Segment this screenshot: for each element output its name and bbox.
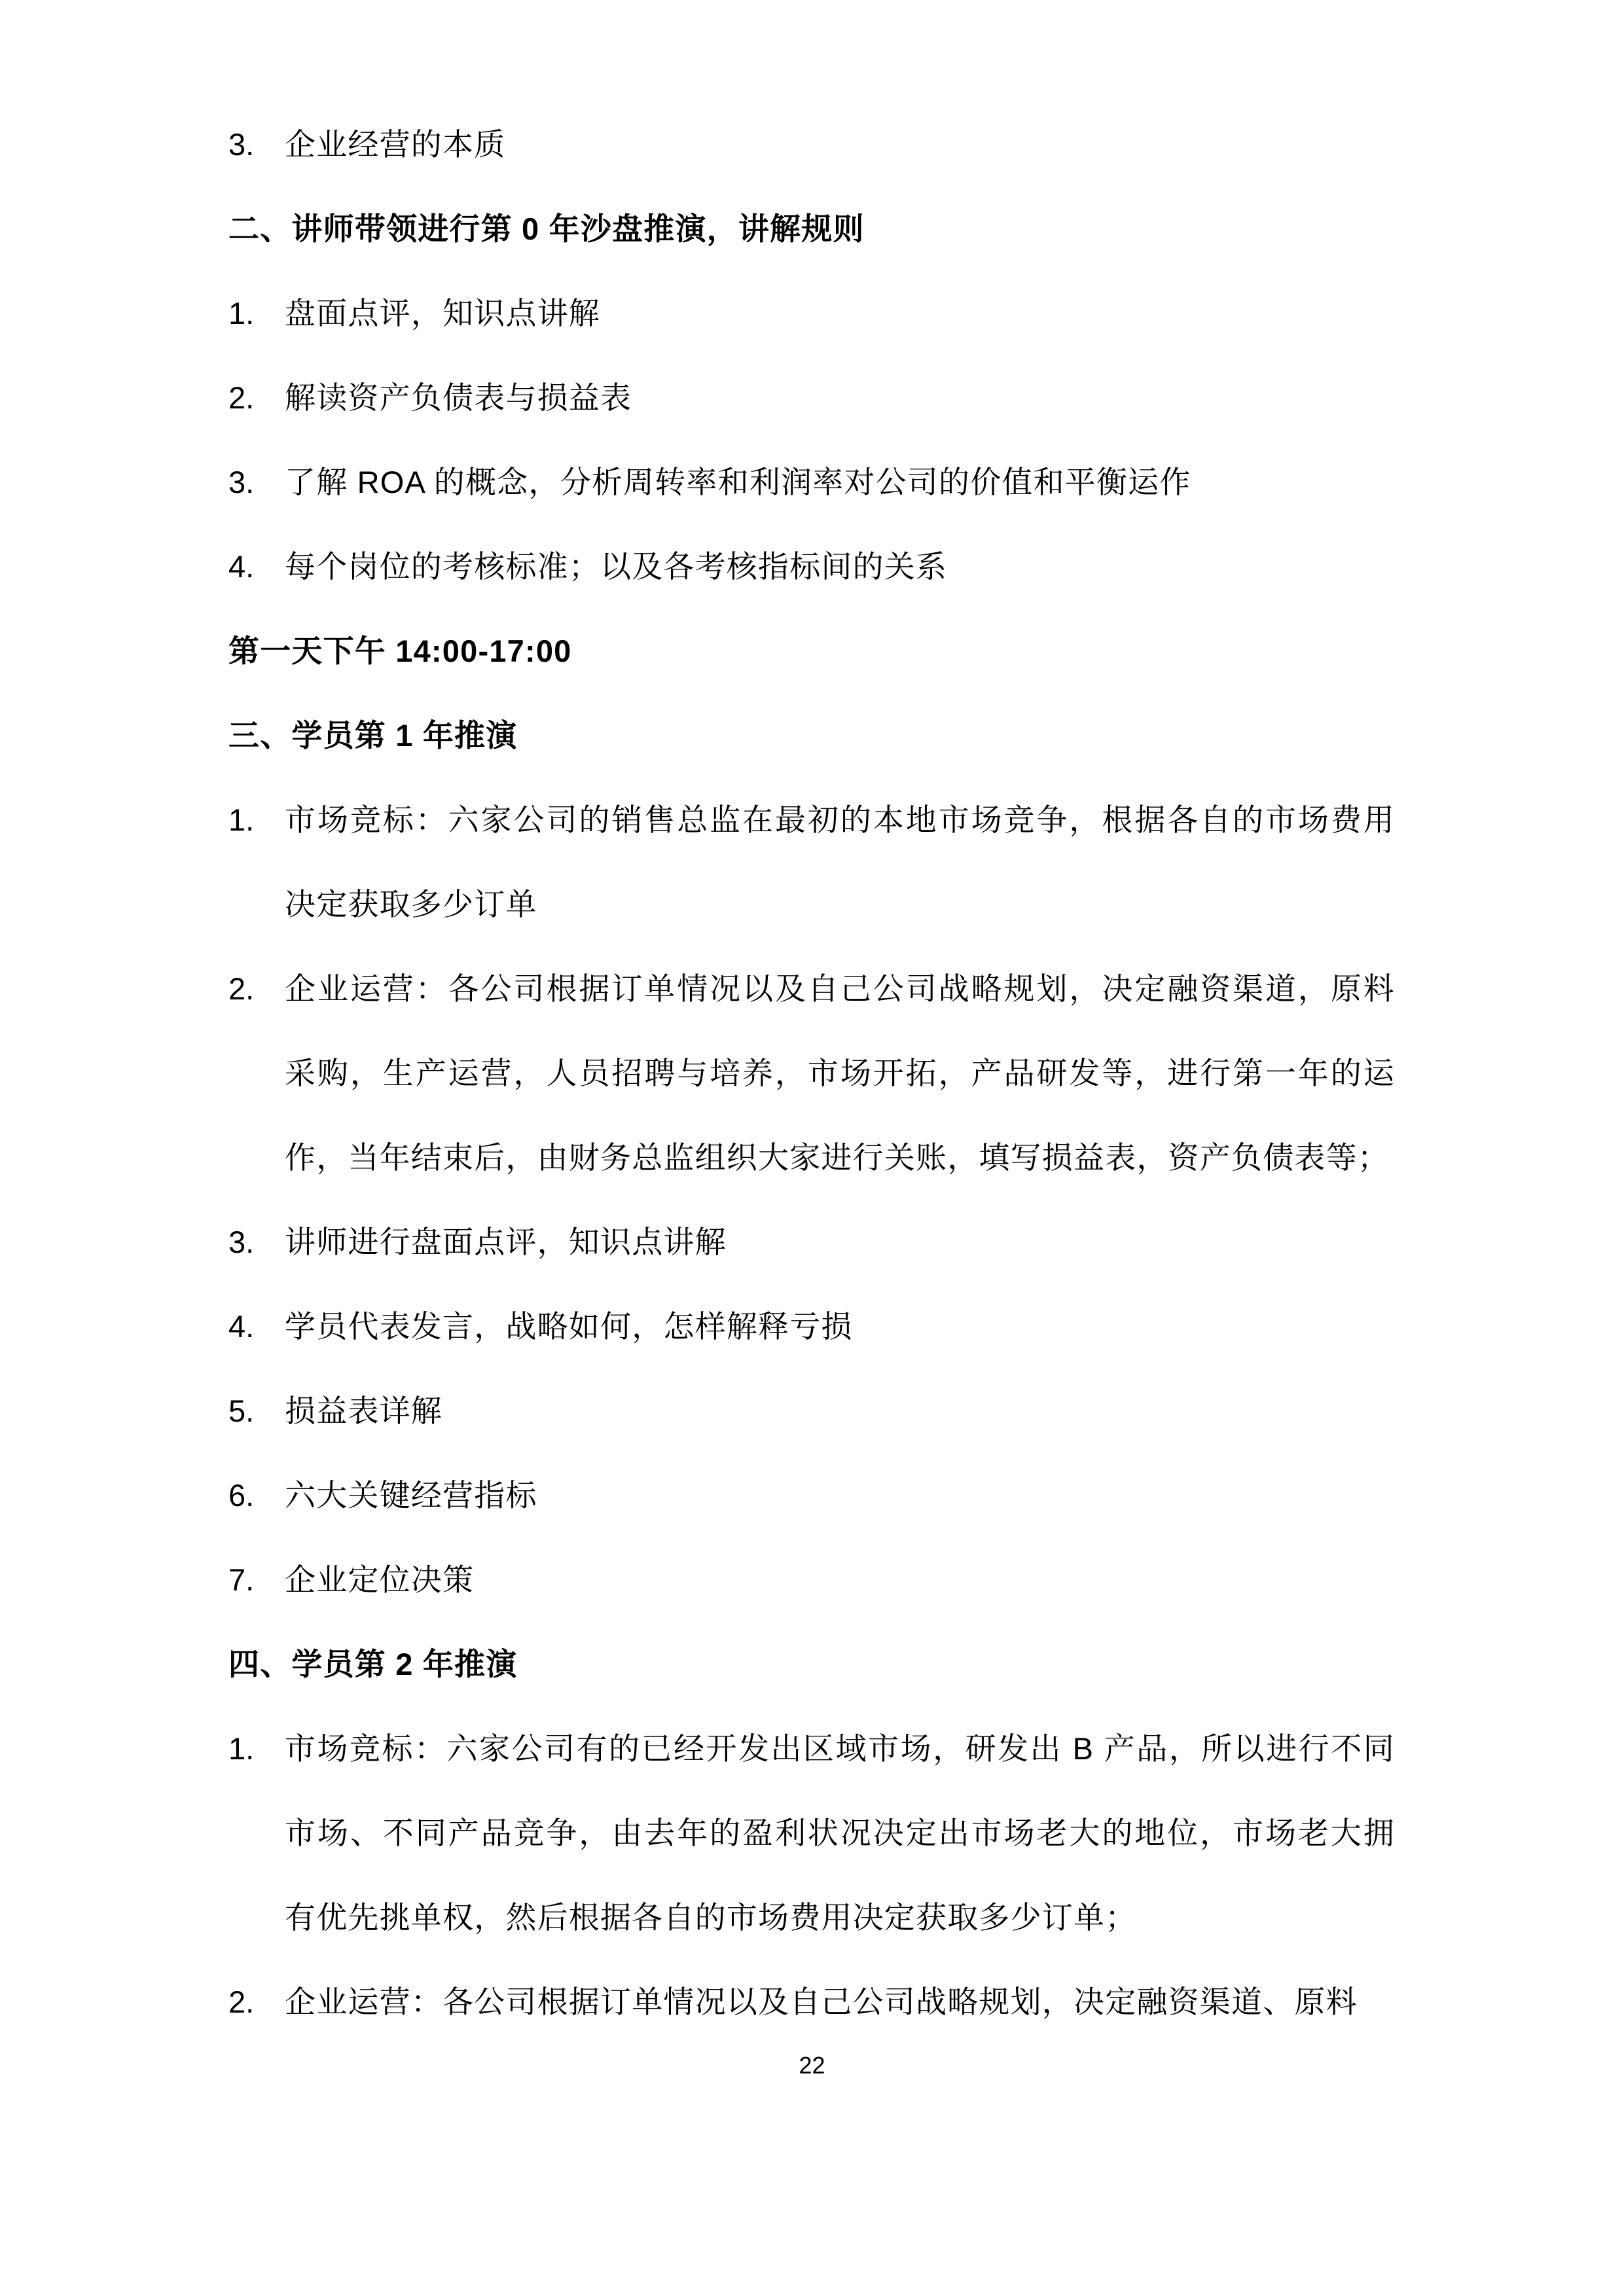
section-heading: 二、讲师带领进行第 0 年沙盘推演，讲解规则 [228, 187, 1395, 271]
list-item-text-line: 企业经营的本质 [285, 102, 1395, 187]
section-heading: 三、学员第 1 年推演 [228, 693, 1395, 778]
list-item: 2.企业运营：各公司根据订单情况以及自己公司战略规划，决定融资渠道，原料采购，生… [228, 946, 1395, 1200]
list-item-text-line: 损益表详解 [285, 1369, 1395, 1453]
list-item-number: 2. [228, 1960, 254, 2044]
time-heading: 第一天下午 14:00-17:00 [228, 609, 1395, 693]
list-item-text-line: 决定获取多少订单 [285, 862, 1395, 946]
list-item: 4.学员代表发言，战略如何，怎样解释亏损 [228, 1284, 1395, 1369]
list-item: 4.每个岗位的考核标准；以及各考核指标间的关系 [228, 524, 1395, 609]
page-number: 22 [0, 2053, 1624, 2079]
list-item-number: 4. [228, 1284, 254, 1369]
list-item-text-line: 讲师进行盘面点评，知识点讲解 [285, 1200, 1395, 1284]
list-item-text-line: 每个岗位的考核标准；以及各考核指标间的关系 [285, 524, 1395, 609]
list-item: 1.市场竞标：六家公司有的已经开发出区域市场，研发出 B 产品，所以进行不同市场… [228, 1706, 1395, 1960]
list-item-number: 1. [228, 1706, 254, 1791]
list-item-number: 3. [228, 440, 254, 524]
list-item: 2.企业运营：各公司根据订单情况以及自己公司战略规划，决定融资渠道、原料 [228, 1960, 1395, 2044]
list-item: 2.解读资产负债表与损益表 [228, 355, 1395, 440]
list-item-text-line: 企业运营：各公司根据订单情况以及自己公司战略规划，决定融资渠道、原料 [285, 1960, 1395, 2044]
list-item: 5.损益表详解 [228, 1369, 1395, 1453]
list-item-number: 5. [228, 1369, 254, 1453]
list-item-text-line: 市场竞标：六家公司有的已经开发出区域市场，研发出 B 产品，所以进行不同 [285, 1706, 1395, 1791]
list-item-text-line: 盘面点评，知识点讲解 [285, 271, 1395, 355]
list-item: 3.企业经营的本质 [228, 102, 1395, 187]
list-item-text-line: 学员代表发言，战略如何，怎样解释亏损 [285, 1284, 1395, 1369]
list-item-number: 3. [228, 102, 254, 187]
list-item-number: 4. [228, 524, 254, 609]
list-item: 1.盘面点评，知识点讲解 [228, 271, 1395, 355]
list-item: 3.讲师进行盘面点评，知识点讲解 [228, 1200, 1395, 1284]
list-item-text-line: 有优先挑单权，然后根据各自的市场费用决定获取多少订单； [285, 1875, 1395, 1960]
heading-text: 四、学员第 2 年推演 [228, 1622, 1395, 1706]
list-item-text-line: 市场、不同产品竞争，由去年的盈利状况决定出市场老大的地位，市场老大拥 [285, 1791, 1395, 1875]
heading-text: 第一天下午 14:00-17:00 [228, 609, 1395, 693]
heading-text: 三、学员第 1 年推演 [228, 693, 1395, 778]
list-item-text-line: 解读资产负债表与损益表 [285, 355, 1395, 440]
list-item-number: 7. [228, 1537, 254, 1622]
document-content: 3.企业经营的本质二、讲师带领进行第 0 年沙盘推演，讲解规则1.盘面点评，知识… [228, 102, 1395, 2044]
list-item-text-line: 作，当年结束后，由财务总监组织大家进行关账，填写损益表，资产负债表等； [285, 1115, 1395, 1200]
list-item: 3.了解 ROA 的概念，分析周转率和利润率对公司的价值和平衡运作 [228, 440, 1395, 524]
list-item: 1.市场竞标：六家公司的销售总监在最初的本地市场竞争，根据各自的市场费用决定获取… [228, 778, 1395, 946]
list-item-number: 2. [228, 355, 254, 440]
list-item-text-line: 了解 ROA 的概念，分析周转率和利润率对公司的价值和平衡运作 [285, 440, 1395, 524]
list-item-text-line: 六大关键经营指标 [285, 1453, 1395, 1537]
list-item-number: 6. [228, 1453, 254, 1537]
list-item-text-line: 企业运营：各公司根据订单情况以及自己公司战略规划，决定融资渠道，原料 [285, 946, 1395, 1031]
section-heading: 四、学员第 2 年推演 [228, 1622, 1395, 1706]
list-item-number: 1. [228, 778, 254, 862]
list-item-number: 2. [228, 946, 254, 1031]
list-item: 7.企业定位决策 [228, 1537, 1395, 1622]
document-page: 3.企业经营的本质二、讲师带领进行第 0 年沙盘推演，讲解规则1.盘面点评，知识… [0, 0, 1624, 2296]
list-item: 6.六大关键经营指标 [228, 1453, 1395, 1537]
heading-text: 二、讲师带领进行第 0 年沙盘推演，讲解规则 [228, 187, 1395, 271]
list-item-text-line: 采购，生产运营，人员招聘与培养，市场开拓，产品研发等，进行第一年的运 [285, 1031, 1395, 1115]
list-item-text-line: 市场竞标：六家公司的销售总监在最初的本地市场竞争，根据各自的市场费用 [285, 778, 1395, 862]
list-item-text-line: 企业定位决策 [285, 1537, 1395, 1622]
list-item-number: 1. [228, 271, 254, 355]
list-item-number: 3. [228, 1200, 254, 1284]
